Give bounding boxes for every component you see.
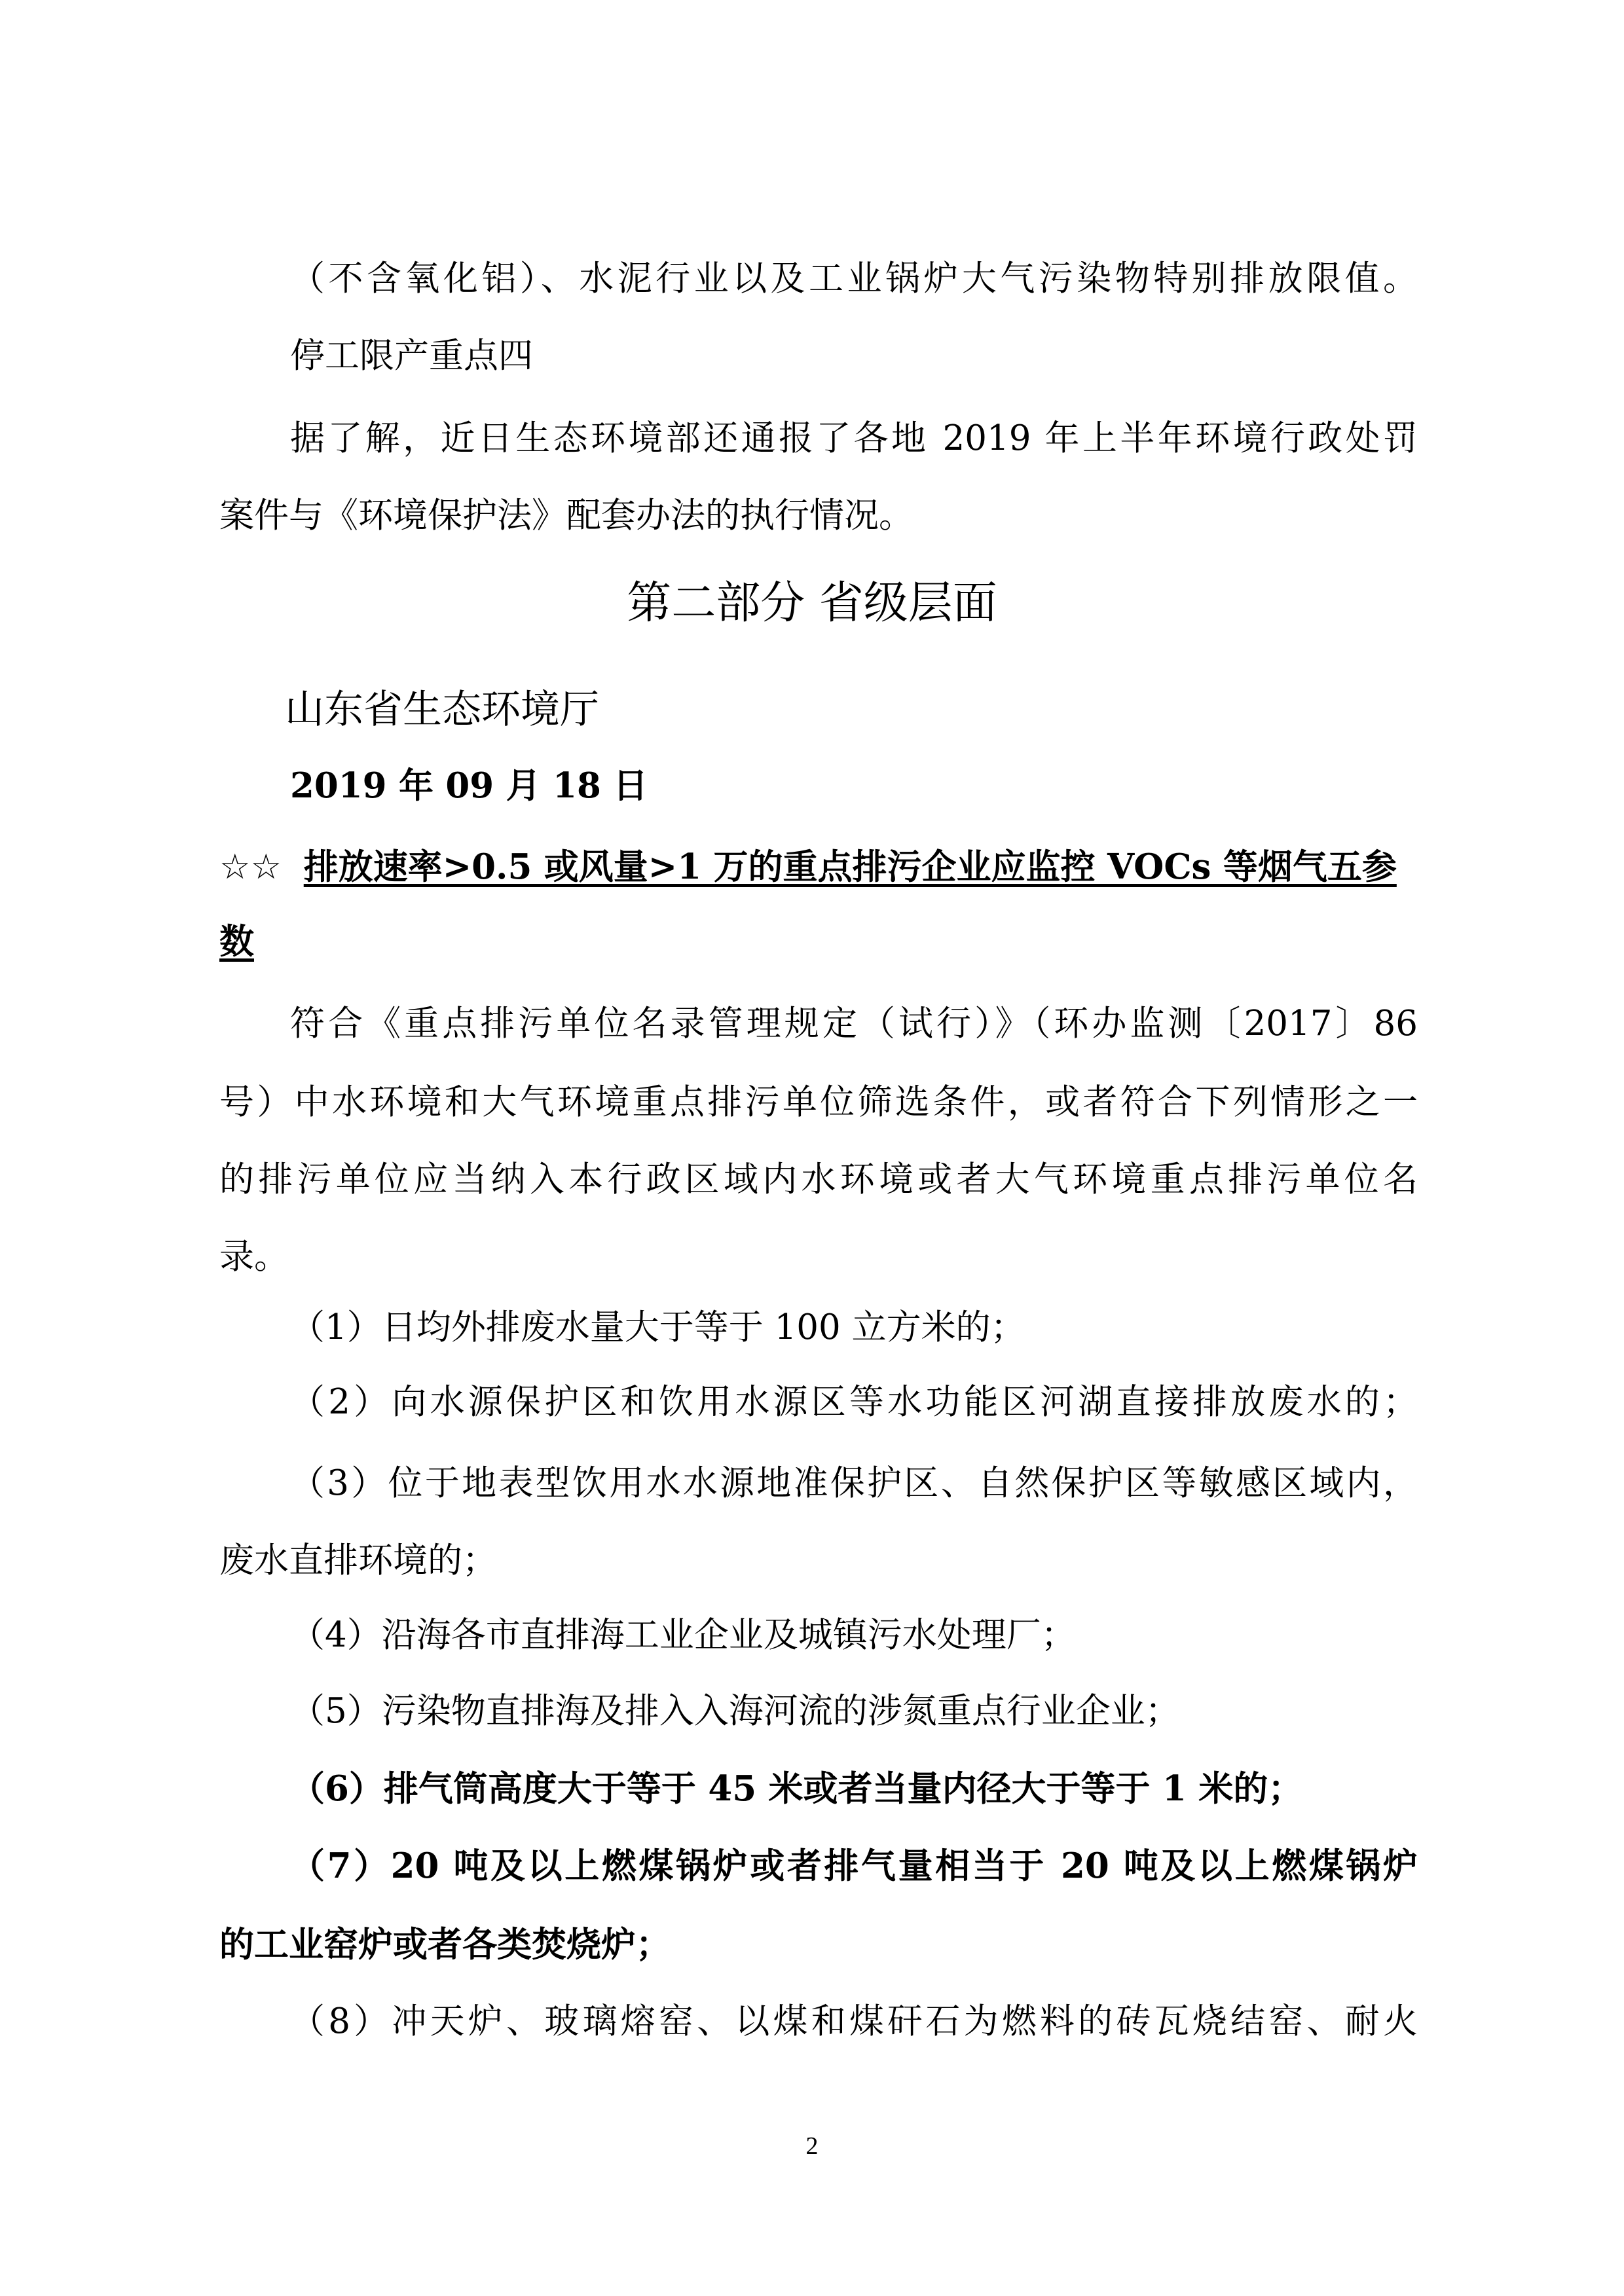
criteria-item: （8）冲天炉、玻璃熔窑、以煤和煤矸石为燃料的砖瓦烧结窑、耐火 bbox=[290, 2001, 1418, 2043]
section-subtitle: 停工限产重点四 bbox=[290, 335, 1418, 377]
publish-date: 2019 年 09 月 18 日 bbox=[290, 765, 648, 807]
criteria-item: （1）日均外排废水量大于等于 100 立方米的； bbox=[290, 1307, 1418, 1349]
paragraph-line: 录。 bbox=[219, 1236, 1418, 1278]
paragraph-line: 符合《重点排污单位名录管理规定（试行）》（环办监测〔2017〕86 bbox=[290, 1003, 1418, 1045]
article-title-link[interactable]: 数 bbox=[219, 921, 254, 962]
paragraph-line: 的排污单位应当纳入本行政区域内水环境或者大气环境重点排污单位名 bbox=[219, 1159, 1418, 1201]
criteria-item-continuation: 的工业窑炉或者各类焚烧炉； bbox=[219, 1923, 1418, 1965]
paragraph-line: 案件与《环境保护法》配套办法的执行情况。 bbox=[219, 495, 1418, 537]
article-title-link[interactable]: 排放速率>0.5 或风量>1 万的重点排污企业应监控 VOCs 等烟气五参 bbox=[304, 847, 1397, 887]
paragraph-line: （不含氧化铝）、水泥行业以及工业锅炉大气污染物特别排放限值。 bbox=[290, 258, 1418, 300]
criteria-item-emphasized: （7）20 吨及以上燃煤锅炉或者排气量相当于 20 吨及以上燃煤锅炉 bbox=[290, 1845, 1418, 1887]
criteria-item: （5）污染物直排海及排入入海河流的涉氮重点行业企业； bbox=[290, 1690, 1418, 1732]
criteria-item: （2）向水源保护区和饮用水源区等水功能区河湖直接排放废水的； bbox=[290, 1381, 1418, 1423]
organization-name: 山东省生态环境厅 bbox=[285, 686, 599, 733]
paragraph-line: 号）中水环境和大气环境重点排污单位筛选条件，或者符合下列情形之一 bbox=[219, 1082, 1418, 1123]
article-title[interactable]: ☆☆ 排放速率>0.5 或风量>1 万的重点排污企业应监控 VOCs 等烟气五参 bbox=[219, 846, 1418, 888]
page-number: 2 bbox=[0, 2132, 1624, 2160]
article-title-continuation[interactable]: 数 bbox=[219, 920, 1418, 963]
star-icon: ☆☆ bbox=[219, 847, 282, 887]
document-page: （不含氧化铝）、水泥行业以及工业锅炉大气污染物特别排放限值。 停工限产重点四 据… bbox=[0, 0, 1624, 2296]
criteria-item-continuation: 废水直排环境的； bbox=[219, 1540, 1418, 1582]
criteria-item: （3）位于地表型饮用水水源地准保护区、自然保护区等敏感区域内， bbox=[290, 1463, 1418, 1504]
criteria-item: （4）沿海各市直排海工业企业及城镇污水处理厂； bbox=[290, 1614, 1418, 1656]
part-heading: 第二部分 省级层面 bbox=[0, 577, 1624, 630]
criteria-item-emphasized: （6）排气筒高度大于等于 45 米或者当量内径大于等于 1 米的； bbox=[290, 1768, 1418, 1810]
paragraph-line: 据了解，近日生态环境部还通报了各地 2019 年上半年环境行政处罚 bbox=[290, 418, 1418, 460]
